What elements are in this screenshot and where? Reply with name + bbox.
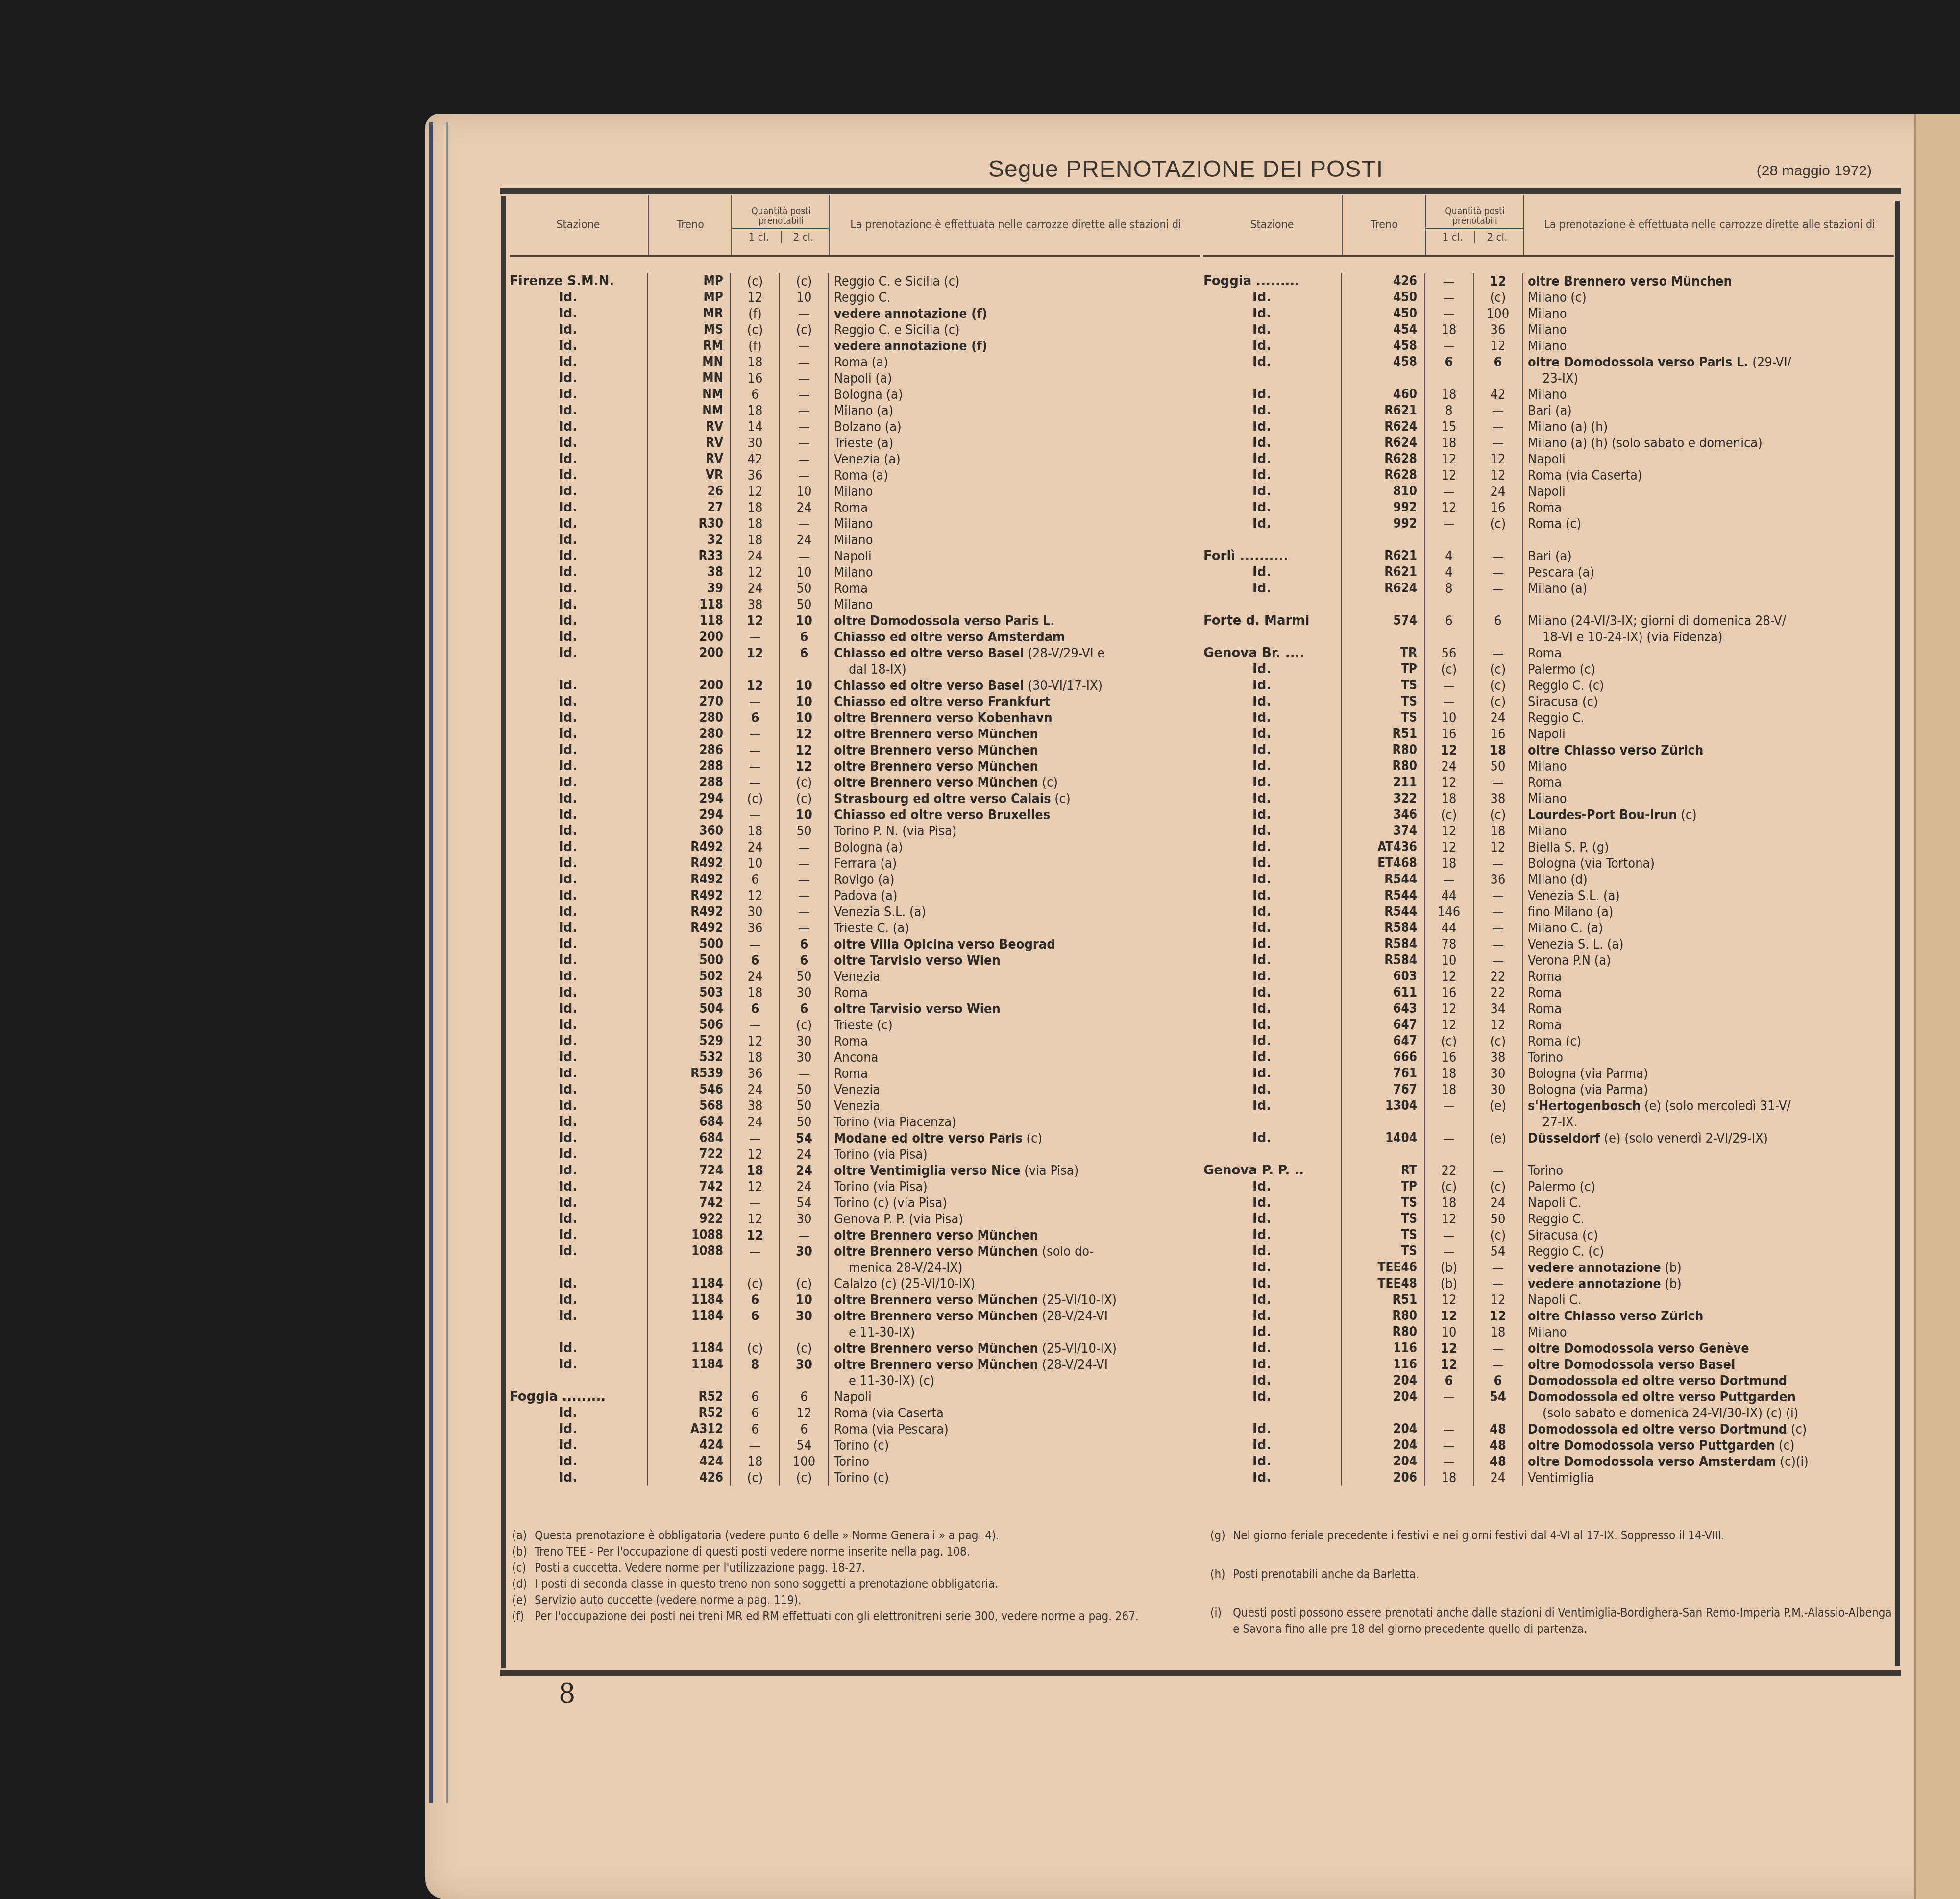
station-name: Id. — [1203, 1422, 1271, 1436]
station-name: Id. — [1203, 452, 1271, 466]
table-row: Id.500—6oltre Villa Opicina verso Beogra… — [510, 936, 1200, 952]
station-cell: Id. — [510, 629, 647, 645]
seats-class1: 36 — [731, 1066, 780, 1082]
destination: Napoli (a) — [834, 371, 892, 386]
station-cell: Id. — [1203, 564, 1341, 581]
seats-class2: — — [1473, 564, 1522, 581]
train-number: R492 — [647, 920, 731, 936]
station-name: Id. — [510, 549, 577, 563]
station-name: Id. — [510, 678, 577, 693]
station-cell: Id. — [510, 1243, 647, 1276]
seats-class2: 38 — [1473, 791, 1522, 807]
seats-class2: 10 — [780, 694, 829, 710]
seats-class2: (c) — [780, 1470, 829, 1486]
station-name: Id. — [1203, 500, 1271, 515]
destination-cell: Napoli — [829, 548, 1200, 564]
train-number: 118 — [647, 613, 731, 629]
destination-continuation: (solo sabato e domenica 24-VI/30-IX) (c)… — [1528, 1405, 1894, 1421]
station-cell: Id. — [510, 1437, 647, 1454]
train-number: 424 — [647, 1454, 731, 1470]
destination-cell: Siracusa (c) — [1522, 694, 1894, 710]
seats-class1: 146 — [1424, 904, 1473, 920]
seats-class2: 30 — [1473, 1066, 1522, 1082]
table-row: Id.424—54Torino (c) — [510, 1437, 1200, 1454]
destination: Napoli — [1528, 452, 1566, 467]
station-name: Id. — [510, 452, 577, 466]
seats-class1: 6 — [731, 1405, 780, 1421]
destination: Trieste C. (a) — [834, 921, 909, 936]
destination-cell: oltre Domodossola verso Amsterdam (c)(i) — [1522, 1454, 1894, 1470]
table-row: Id.647(c)(c)Roma (c) — [1203, 1033, 1894, 1049]
station-cell: Id. — [1203, 451, 1341, 467]
station-cell: Id. — [1203, 1017, 1341, 1033]
station-cell: Id. — [510, 1195, 647, 1211]
station-name: Id. — [510, 1309, 577, 1323]
destination-cell: Napoli — [829, 1389, 1200, 1405]
destination: Venezia S.L. (a) — [1528, 888, 1620, 903]
seats-class1: 78 — [1424, 936, 1473, 952]
destination: oltre Ventimiglia verso Nice — [834, 1163, 1021, 1178]
destination-cell: Roma (via Caserta) — [1522, 467, 1894, 484]
seats-class1: 6 — [1424, 354, 1473, 387]
station-name: Id. — [1203, 710, 1271, 725]
footnote-text: Treno TEE - Per l'occupazione di questi … — [535, 1544, 970, 1560]
seats-class2: 12 — [1473, 839, 1522, 855]
destination-cell: Milano (a) (h) — [1522, 419, 1894, 435]
station-cell: Id. — [510, 290, 647, 306]
seats-class1: 16 — [1424, 726, 1473, 742]
table-row: Id.204—48Domodossola ed oltre verso Dort… — [1203, 1421, 1894, 1437]
destination: Bologna (via Tortona) — [1528, 856, 1655, 871]
spacer-cell — [1203, 1146, 1341, 1163]
station-name: Id. — [1203, 1389, 1271, 1404]
train-number: 288 — [647, 775, 731, 791]
station-name: Id. — [510, 1082, 577, 1097]
station-name: Id. — [1203, 985, 1271, 1000]
footnote: (h)Posti prenotabili anche da Barletta. — [1210, 1566, 1896, 1582]
station-name: Id. — [510, 1438, 577, 1453]
seats-class1: 10 — [1424, 710, 1473, 726]
station-name: Id. — [510, 484, 577, 499]
seats-class2: — — [1473, 775, 1522, 791]
seats-class2: — — [780, 920, 829, 936]
destination-cell: Venezia — [829, 1098, 1200, 1114]
seats-class1: 12 — [1424, 839, 1473, 855]
destination-note: (c) — [1038, 775, 1058, 790]
destination-cell: oltre Ventimiglia verso Nice (via Pisa) — [829, 1163, 1200, 1179]
table-row: Id.294—10Chiasso ed oltre verso Bruxelle… — [510, 807, 1200, 823]
seats-class1: (c) — [731, 273, 780, 290]
seats-class2: (c) — [780, 775, 829, 791]
destination-note: (b) — [1661, 1276, 1682, 1291]
station-name: Id. — [1203, 1276, 1271, 1291]
page-header: Segue PRENOTAZIONE DEI POSTI (28 maggio … — [500, 156, 1872, 185]
destination: Roma (via Caserta) — [1528, 468, 1642, 483]
table-row: Id.1181210oltre Domodossola verso Paris … — [510, 613, 1200, 629]
table-row: Foggia .........426—12oltre Brennero ver… — [1203, 273, 1894, 290]
station-cell: Id. — [510, 1405, 647, 1421]
station-name: Id. — [1203, 1454, 1271, 1469]
spacer-cell — [1522, 597, 1894, 613]
destination-cell: Milano (a) — [829, 403, 1200, 419]
seats-class1: (c) — [731, 322, 780, 338]
table-row: Id.R6218—Bari (a) — [1203, 403, 1894, 419]
destination: Roma — [1528, 775, 1562, 790]
train-number: 1184 — [647, 1308, 731, 1340]
station-cell: Id. — [510, 548, 647, 564]
destination: oltre Domodossola verso Paris L. — [1528, 355, 1749, 370]
destination-note: (solo do- — [1038, 1244, 1094, 1259]
seats-class1: — — [731, 742, 780, 758]
station-cell: Id. — [1203, 872, 1341, 888]
seats-class1: (c) — [1424, 807, 1473, 823]
station-name: Genova Br. .... — [1203, 646, 1304, 660]
seats-class2: 6 — [780, 1389, 829, 1405]
train-number: R492 — [647, 839, 731, 855]
seats-class2: — — [1473, 1340, 1522, 1357]
station-name: Id. — [1203, 662, 1271, 677]
station-name: Id. — [1203, 436, 1271, 450]
destination: Roma (a) — [834, 355, 888, 370]
train-number: 666 — [1341, 1049, 1424, 1066]
destination: Milano — [1528, 759, 1567, 774]
table-row: Id.TS—(c)Siracusa (c) — [1203, 1227, 1894, 1243]
station-cell: Id. — [510, 387, 647, 403]
table-row: Id.261210Milano — [510, 484, 1200, 500]
destination: Venezia S. L. (a) — [1528, 937, 1624, 952]
table-row: Id.6031222Roma — [1203, 969, 1894, 985]
station-cell: Id. — [1203, 484, 1341, 500]
station-name: Id. — [510, 727, 577, 741]
destination: oltre Brennero verso München — [1528, 274, 1732, 289]
seats-class1: — — [1424, 1130, 1473, 1146]
seats-class2: (c) — [780, 1340, 829, 1357]
destination: Strasbourg ed oltre verso Calais — [834, 791, 1051, 806]
table-row: Id.R3324—Napoli — [510, 548, 1200, 564]
seats-class1: 6 — [731, 952, 780, 969]
table-row: Id.R6214—Pescara (a) — [1203, 564, 1894, 581]
destination-cell: Chiasso ed oltre verso Bruxelles — [829, 807, 1200, 823]
destination: oltre Villa Opicina verso Beograd — [834, 937, 1055, 952]
seats-class1: 12 — [731, 1179, 780, 1195]
destination: vedere annotazione (f) — [834, 306, 987, 321]
seats-class2: 10 — [780, 484, 829, 500]
destination-cell: Roma — [1522, 1001, 1894, 1017]
train-number: 200 — [647, 645, 731, 678]
table-row: Id.392450Roma — [510, 581, 1200, 597]
seats-class1: 12 — [1424, 1292, 1473, 1308]
train-number: 454 — [1341, 322, 1424, 338]
header-stazione: Stazione — [510, 195, 647, 255]
station-cell: Id. — [510, 1017, 647, 1033]
station-name: Id. — [1203, 1131, 1271, 1145]
table-row: Id.21112—Roma — [1203, 775, 1894, 791]
train-number: R584 — [1341, 936, 1424, 952]
seats-class2: — — [1473, 1276, 1522, 1292]
station-name: Id. — [1203, 1244, 1271, 1259]
train-number: TEE46 — [1341, 1260, 1424, 1276]
station-cell: Id. — [510, 1340, 647, 1357]
table-row: Id.R511212Napoli C. — [1203, 1292, 1894, 1308]
seats-class1: — — [1424, 872, 1473, 888]
station-cell: Id. — [1203, 500, 1341, 516]
seats-class1: 18 — [731, 1454, 780, 1470]
station-cell: Id. — [1203, 985, 1341, 1001]
destination: Genova P. P. (via Pisa) — [834, 1212, 963, 1227]
table-row: Id.1184610oltre Brennero verso München (… — [510, 1292, 1200, 1308]
spacer-cell — [1522, 1146, 1894, 1163]
destination-cell: oltre Brennero verso Kobenhavn — [829, 710, 1200, 726]
station-cell: Id. — [1203, 419, 1341, 435]
station-cell: Id. — [1203, 1049, 1341, 1066]
station-cell: Id. — [1203, 969, 1341, 985]
seats-class2: 10 — [780, 1292, 829, 1308]
destination-cell: vedere annotazione (f) — [829, 338, 1200, 354]
station-cell: Id. — [1203, 1292, 1341, 1308]
seats-class2: 10 — [780, 564, 829, 581]
train-number: 294 — [647, 807, 731, 823]
destination: Roma — [1528, 969, 1562, 984]
seats-class1: 10 — [1424, 1324, 1473, 1340]
seats-class1: 12 — [1424, 1308, 1473, 1324]
table-row: Id.458—12Milano — [1203, 338, 1894, 354]
station-name: Genova P. P. .. — [1203, 1163, 1304, 1178]
station-name: Id. — [1203, 1470, 1271, 1485]
train-number: 374 — [1341, 823, 1424, 839]
binding-edge — [429, 122, 448, 1803]
footnote-text: Per l'occupazione dei posti nei treni MR… — [535, 1608, 1139, 1625]
station-cell: Id. — [510, 710, 647, 726]
table-row: Id.1304—(e)s'Hertogenbosch (e) (solo mer… — [1203, 1098, 1894, 1130]
station-name: Id. — [510, 1406, 577, 1420]
table-row: Id.R3018—Milano — [510, 516, 1200, 532]
seats-class2: 100 — [1473, 306, 1522, 322]
station-name: Id. — [510, 1034, 577, 1048]
train-number: 1404 — [1341, 1130, 1424, 1146]
train-number: 460 — [1341, 387, 1424, 403]
destination-cell: oltre Villa Opicina verso Beograd — [829, 936, 1200, 952]
station-cell: Id. — [1203, 936, 1341, 952]
station-cell: Id. — [510, 1049, 647, 1066]
table-row: Id.204—48oltre Domodossola verso Amsterd… — [1203, 1454, 1894, 1470]
destination-cell: Milano (a) — [1522, 581, 1894, 597]
destination: Bari (a) — [1528, 403, 1572, 418]
seats-class2: 50 — [780, 581, 829, 597]
table-row: Id.TS—(c)Siracusa (c) — [1203, 694, 1894, 710]
train-number: NM — [647, 387, 731, 403]
destination-cell: Torino (via Pisa) — [829, 1179, 1200, 1195]
station-name: Id. — [510, 371, 577, 386]
header-class1: 1 cl. — [1431, 231, 1475, 243]
table-row: Id.RV30—Trieste (a) — [510, 435, 1200, 451]
station-name: Id. — [510, 306, 577, 321]
seats-class1: — — [1424, 273, 1473, 290]
destination-cell: fino Milano (a) — [1522, 904, 1894, 920]
destination-cell: Roma — [1522, 1017, 1894, 1033]
train-number: 288 — [647, 758, 731, 775]
destination-cell: Bolzano (a) — [829, 419, 1200, 435]
destination-cell: Roma — [829, 985, 1200, 1001]
train-number: MP — [647, 290, 731, 306]
seats-class1: 16 — [1424, 1049, 1473, 1066]
seats-class1: — — [731, 629, 780, 645]
seats-class2: (c) — [1473, 807, 1522, 823]
table-row: Id.RV42—Venezia (a) — [510, 451, 1200, 467]
train-number: TS — [1341, 1195, 1424, 1211]
station-cell: Id. — [1203, 920, 1341, 936]
header-class2: 2 cl. — [782, 231, 825, 243]
seats-class2: — — [780, 403, 829, 419]
seats-class1: 14 — [731, 419, 780, 435]
station-cell: Id. — [510, 839, 647, 855]
spacer-cell — [1203, 597, 1341, 613]
station-cell: Id. — [510, 791, 647, 807]
train-number: 568 — [647, 1098, 731, 1114]
station-name: Id. — [1203, 1228, 1271, 1242]
station-name: Id. — [510, 872, 577, 887]
seats-class1: 36 — [731, 920, 780, 936]
table-row: Id.381210Milano — [510, 564, 1200, 581]
train-number: 270 — [647, 694, 731, 710]
table-row: Id.TEE46(b)—vedere annotazione (b) — [1203, 1260, 1894, 1276]
destination-cell: Roma (via Pescara) — [829, 1421, 1200, 1437]
destination: Roma — [1528, 1001, 1562, 1017]
seats-class2: — — [780, 888, 829, 904]
seats-class1: 18 — [731, 403, 780, 419]
destination-note: (c) — [1051, 791, 1071, 806]
seats-class2: 24 — [780, 500, 829, 516]
train-number: RV — [647, 435, 731, 451]
station-name: Id. — [510, 613, 577, 628]
seats-class1: (c) — [1424, 661, 1473, 678]
spacer-cell — [1424, 532, 1473, 548]
train-number: 1304 — [1341, 1098, 1424, 1130]
seats-class1: 18 — [1424, 387, 1473, 403]
seats-class2: 10 — [780, 290, 829, 306]
table-row: Id.MN16—Napoli (a) — [510, 370, 1200, 387]
destination-cell: Roma — [829, 581, 1200, 597]
seats-class1: 18 — [731, 823, 780, 839]
station-name: Id. — [1203, 921, 1271, 935]
seats-class1: 6 — [731, 1389, 780, 1405]
station-cell: Firenze S.M.N. — [510, 273, 647, 290]
destination: Trieste (a) — [834, 436, 893, 451]
station-name: Id. — [510, 807, 577, 822]
train-number: TS — [1341, 694, 1424, 710]
seats-class1: 10 — [731, 855, 780, 872]
destination-cell: Reggio C. — [1522, 710, 1894, 726]
footnote-key: (b) — [512, 1544, 535, 1560]
seats-class1: 10 — [1424, 952, 1473, 969]
station-name: Id. — [1203, 1034, 1271, 1048]
destination: Reggio C. — [1528, 710, 1584, 726]
train-number: 502 — [647, 969, 731, 985]
table-row: Genova P. P. ..RT22—Torino — [1203, 1163, 1894, 1179]
footnote-text: Questa prenotazione è obbligatoria (vede… — [535, 1528, 999, 1544]
station-cell: Id. — [1203, 823, 1341, 839]
destination-cell: Roma (a) — [829, 467, 1200, 484]
train-number: RM — [647, 338, 731, 354]
seats-class1: 12 — [1424, 1001, 1473, 1017]
seats-class1: 12 — [1424, 451, 1473, 467]
station-cell: Id. — [1203, 694, 1341, 710]
edition-date: (28 maggio 1972) — [1757, 163, 1872, 179]
seats-class2: (c) — [780, 322, 829, 338]
station-name: Foggia ......... — [1203, 274, 1299, 289]
table-row: Id.992—(c)Roma (c) — [1203, 516, 1894, 532]
destination-cell: Padova (a) — [829, 888, 1200, 904]
seats-class1: 6 — [731, 1001, 780, 1017]
station-name: Id. — [510, 1179, 577, 1194]
train-number: RV — [647, 451, 731, 467]
destination: Roma — [1528, 1018, 1562, 1033]
station-name: Id. — [1203, 403, 1271, 418]
train-number: 204 — [1341, 1454, 1424, 1470]
table-row: Id.6471212Roma — [1203, 1017, 1894, 1033]
station-name: Id. — [510, 1098, 577, 1113]
train-number: R621 — [1341, 403, 1424, 419]
destination: Düsseldorf — [1528, 1131, 1600, 1146]
seats-class1: 18 — [1424, 1195, 1473, 1211]
station-name: Id. — [1203, 1260, 1271, 1275]
station-cell: Id. — [1203, 1033, 1341, 1049]
seats-class2: — — [780, 306, 829, 322]
destination: Reggio C. (c) — [1528, 1244, 1604, 1259]
table-row: Id.TS—(c)Reggio C. (c) — [1203, 678, 1894, 694]
seats-class2: 12 — [780, 726, 829, 742]
station-name: Id. — [510, 1341, 577, 1356]
destination: Trieste (c) — [834, 1018, 893, 1033]
seats-class2: (c) — [1473, 1179, 1522, 1195]
table-row: Id.R6248—Milano (a) — [1203, 581, 1894, 597]
seats-class1: (f) — [731, 338, 780, 354]
station-cell: Id. — [1203, 726, 1341, 742]
station-name: Id. — [1203, 1438, 1271, 1453]
seats-class1: 6 — [1424, 1373, 1473, 1389]
station-cell: Id. — [1203, 387, 1341, 403]
station-name: Id. — [510, 985, 577, 1000]
station-name: Id. — [510, 953, 577, 968]
destination: Bologna (via Parma) — [1528, 1066, 1648, 1081]
train-number: 546 — [647, 1082, 731, 1098]
station-cell: Id. — [1203, 888, 1341, 904]
train-number: 204 — [1341, 1437, 1424, 1454]
spacer-row — [1203, 532, 1894, 548]
table-header: Stazione Treno Quantità posti prenotabil… — [1203, 195, 1894, 257]
station-cell: Id. — [1203, 1373, 1341, 1389]
seats-class1: (c) — [1424, 1033, 1473, 1049]
seats-class2: 30 — [780, 1243, 829, 1276]
station-name: Id. — [1203, 840, 1271, 854]
footnote: (f)Per l'occupazione dei posti nei treni… — [512, 1608, 1198, 1625]
seats-class2: — — [1473, 581, 1522, 597]
train-number: 294 — [647, 791, 731, 807]
table-row: Id.6661638Torino — [1203, 1049, 1894, 1066]
table-row: Id.11612—oltre Domodossola verso Genève — [1203, 1340, 1894, 1357]
seats-class2: 34 — [1473, 1001, 1522, 1017]
train-number: 742 — [647, 1179, 731, 1195]
destination-continuation: menica 28-V/24-IX) — [834, 1260, 1200, 1276]
footnote-key: (g) — [1210, 1528, 1233, 1544]
seats-class1: 12 — [731, 1211, 780, 1227]
destination-cell: oltre Brennero verso München (solo do-me… — [829, 1243, 1200, 1276]
seats-class1: — — [731, 1437, 780, 1454]
table-row: Id.R802450Milano — [1203, 758, 1894, 775]
station-name: Id. — [510, 710, 577, 725]
destination: Napoli — [834, 1389, 872, 1405]
train-number: 1184 — [647, 1340, 731, 1357]
seats-class1: 56 — [1424, 645, 1473, 661]
